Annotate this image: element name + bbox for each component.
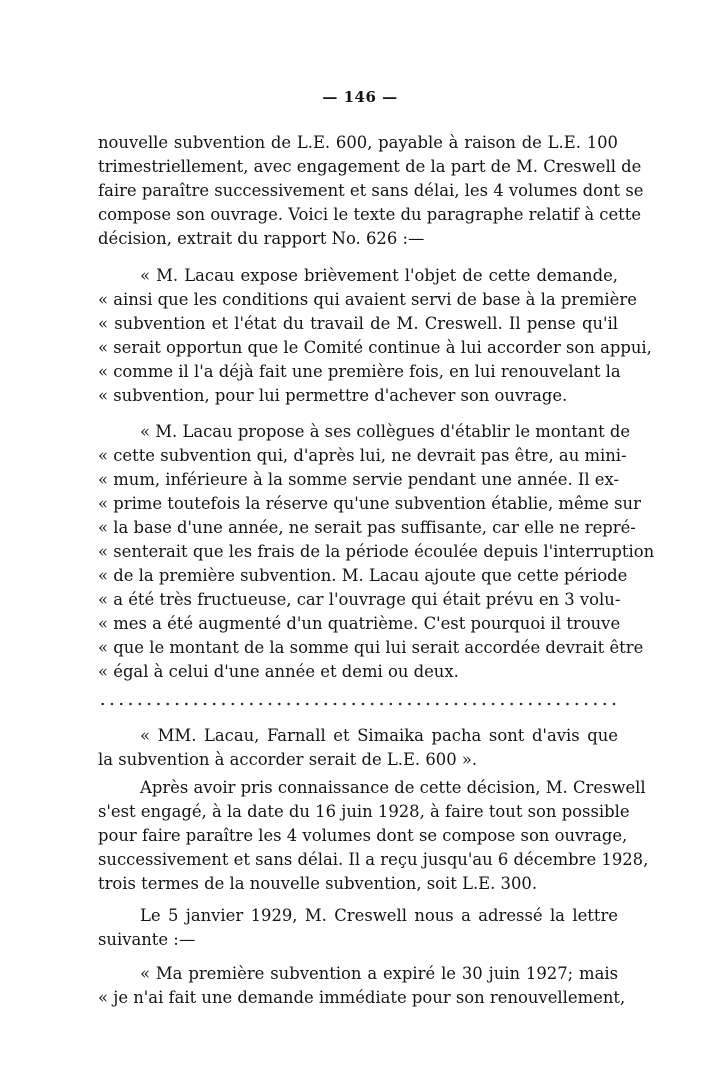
quote-line: « ainsi que les conditions qui avaient s… — [98, 288, 618, 312]
text-line: trois termes de la nouvelle subvention, … — [98, 872, 618, 896]
document-page: — 146 — nouvelle subvention de L.E. 600,… — [0, 0, 720, 1075]
quote-line: « Ma première subvention a expiré le 30 … — [140, 962, 618, 986]
quote-line: « a été très fructueuse, car l'ouvrage q… — [98, 588, 618, 612]
quote-line: « cette subvention qui, d'après lui, ne … — [98, 444, 618, 468]
text-line: suivante :— — [98, 928, 618, 952]
quote-line: « serait opportun que le Comité continue… — [98, 336, 618, 360]
text-line: successivement et sans délai. Il a reçu … — [98, 848, 618, 872]
quote-line: « comme il l'a déjà fait une première fo… — [98, 360, 618, 384]
text-line: décision, extrait du rapport No. 626 :— — [98, 227, 618, 251]
quote-line: « MM. Lacau, Farnall et Simaika pacha so… — [140, 724, 618, 748]
quote-line: « que le montant de la somme qui lui ser… — [98, 636, 618, 660]
quote-line: la subvention à accorder serait de L.E. … — [98, 748, 618, 772]
text-line: s'est engagé, à la date du 16 juin 1928,… — [98, 800, 618, 824]
quote-line: « senterait que les frais de la période … — [98, 540, 618, 564]
quote-line: « égal à celui d'une année et demi ou de… — [98, 660, 618, 684]
dotted-separator — [98, 700, 620, 708]
quote-line: « mum, inférieure à la somme servie pend… — [98, 468, 618, 492]
quote-line: « mes a été augmenté d'un quatrième. C'e… — [98, 612, 618, 636]
text-line: trimestriellement, avec engagement de la… — [98, 155, 618, 179]
quote-line: « subvention, pour lui permettre d'achev… — [98, 384, 618, 408]
text-line: faire paraître successivement et sans dé… — [98, 179, 618, 203]
text-line: pour faire paraître les 4 volumes dont s… — [98, 824, 618, 848]
text-line: Après avoir pris connaissance de cette d… — [140, 776, 618, 800]
text-line: Le 5 janvier 1929, M. Creswell nous a ad… — [140, 904, 618, 928]
text-line: compose son ouvrage. Voici le texte du p… — [98, 203, 618, 227]
quote-line: « de la première subvention. M. Lacau aj… — [98, 564, 618, 588]
page-number: — 146 — — [0, 88, 720, 106]
quote-line: « la base d'une année, ne serait pas suf… — [98, 516, 618, 540]
quote-line: « prime toutefois la réserve qu'une subv… — [98, 492, 618, 516]
quote-line: « M. Lacau propose à ses collègues d'éta… — [140, 420, 618, 444]
quote-line: « M. Lacau expose brièvement l'objet de … — [140, 264, 618, 288]
quote-line: « subvention et l'état du travail de M. … — [98, 312, 618, 336]
quote-line: « je n'ai fait une demande immédiate pou… — [98, 986, 618, 1010]
text-line: nouvelle subvention de L.E. 600, payable… — [98, 131, 618, 155]
